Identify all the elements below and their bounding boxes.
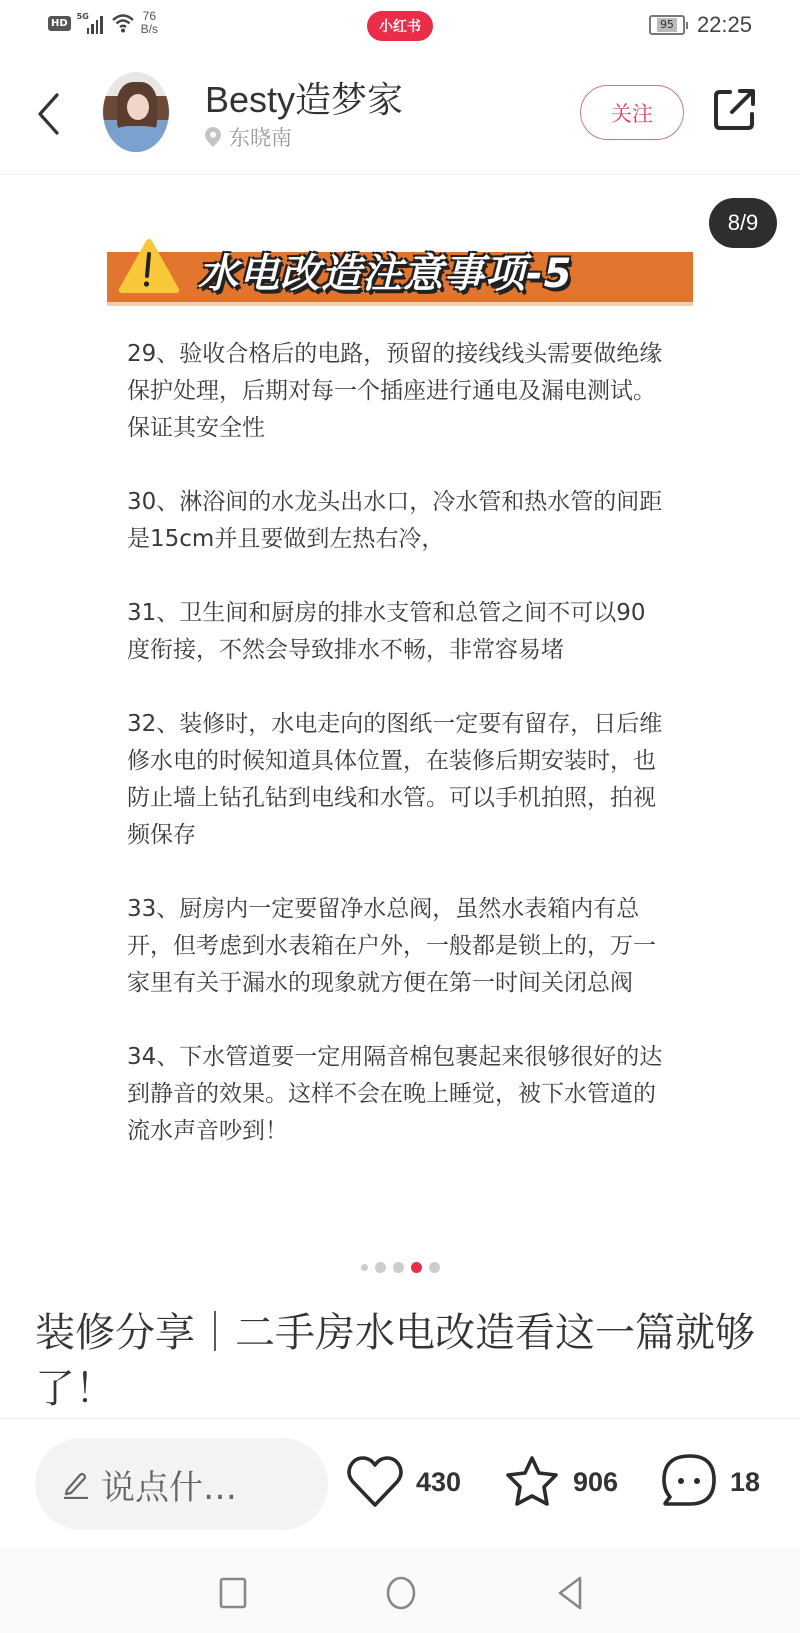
battery-icon: 95 (649, 15, 685, 35)
page-dot[interactable] (429, 1262, 440, 1273)
banner-shadow (107, 302, 693, 306)
tip-item: 33、厨房内一定要留净水总阀，虽然水表箱内有总开，但考虑到水表箱在户外，一般都是… (127, 891, 667, 1002)
comment-bubble-icon (660, 1453, 718, 1511)
page-counter: 8/9 (709, 198, 777, 248)
banner-title: 水电改造注意事项-5 (198, 242, 572, 299)
image-carousel[interactable]: 8/9 水电改造注意事项-5 29、验收合格后的电路，预留的接线线头需要做绝缘保… (0, 176, 800, 1276)
clock: 22:25 (697, 12, 752, 38)
page-dot[interactable] (375, 1262, 386, 1273)
follow-button[interactable]: 关注 (580, 85, 684, 140)
square-icon (218, 1577, 248, 1609)
wifi-icon (111, 12, 135, 34)
warning-icon (116, 236, 182, 296)
system-back-button[interactable] (545, 1568, 595, 1618)
recent-apps-button[interactable] (208, 1568, 258, 1618)
tip-item: 30、淋浴间的水龙头出水口，冷水管和热水管的间距是15cm并且要做到左热右冷， (127, 484, 667, 558)
tip-item: 32、装修时，水电走向的图纸一定要有留存，日后维修水电的时候知道具体位置，在装修… (127, 706, 667, 854)
comment-button[interactable]: 18 (660, 1447, 760, 1517)
comment-count: 18 (730, 1467, 760, 1498)
pencil-icon (63, 1469, 89, 1499)
avatar[interactable] (103, 72, 169, 152)
app-badge: 小红书 (367, 11, 433, 41)
home-button[interactable] (376, 1568, 426, 1618)
share-external-icon (710, 84, 760, 134)
like-count: 430 (416, 1467, 461, 1498)
tip-item: 31、卫生间和厨房的排水支管和总管之间不可以90度衔接，不然会导致排水不畅，非常… (127, 595, 667, 669)
chevron-left-icon (35, 92, 61, 136)
action-bar: 说点什… 430 906 18 (0, 1419, 800, 1547)
circle-icon (384, 1575, 418, 1611)
collect-button[interactable]: 906 (503, 1447, 618, 1517)
page-dot[interactable] (361, 1264, 368, 1271)
star-icon (503, 1454, 561, 1510)
location-pin-icon (205, 127, 221, 147)
cellular-signal-icon: 5G (77, 12, 105, 34)
comment-input[interactable]: 说点什… (35, 1438, 328, 1530)
carousel-pagination (0, 1262, 800, 1273)
system-nav-bar (0, 1548, 800, 1633)
triangle-back-icon (555, 1575, 585, 1611)
page-dot[interactable] (393, 1262, 404, 1273)
tips-list: 29、验收合格后的电路，预留的接线线头需要做绝缘保护处理，后期对每一个插座进行通… (127, 336, 667, 1187)
post-header: Besty造梦家 东晓南 关注 (0, 60, 800, 175)
author-name[interactable]: Besty造梦家 (205, 72, 403, 123)
share-button[interactable] (710, 84, 760, 134)
author-location: 东晓南 (205, 122, 292, 152)
tip-item: 34、下水管道要一定用隔音棉包裹起来很够很好的达到静音的效果。这样不会在晚上睡觉… (127, 1039, 667, 1150)
heart-icon (346, 1455, 404, 1509)
status-bar: HD 5G 76 B/s 小红书 95 22:25 (0, 0, 800, 52)
back-button[interactable] (28, 88, 68, 140)
hd-voice-badge: HD (48, 16, 71, 31)
collect-count: 906 (573, 1467, 618, 1498)
tip-item: 29、验收合格后的电路，预留的接线线头需要做绝缘保护处理，后期对每一个插座进行通… (127, 336, 667, 447)
like-button[interactable]: 430 (346, 1447, 461, 1517)
page-dot-active[interactable] (411, 1262, 422, 1273)
network-speed: 76 B/s (141, 10, 158, 36)
post-title: 装修分享｜二手房水电改造看这一篇就够了！ (35, 1305, 775, 1417)
